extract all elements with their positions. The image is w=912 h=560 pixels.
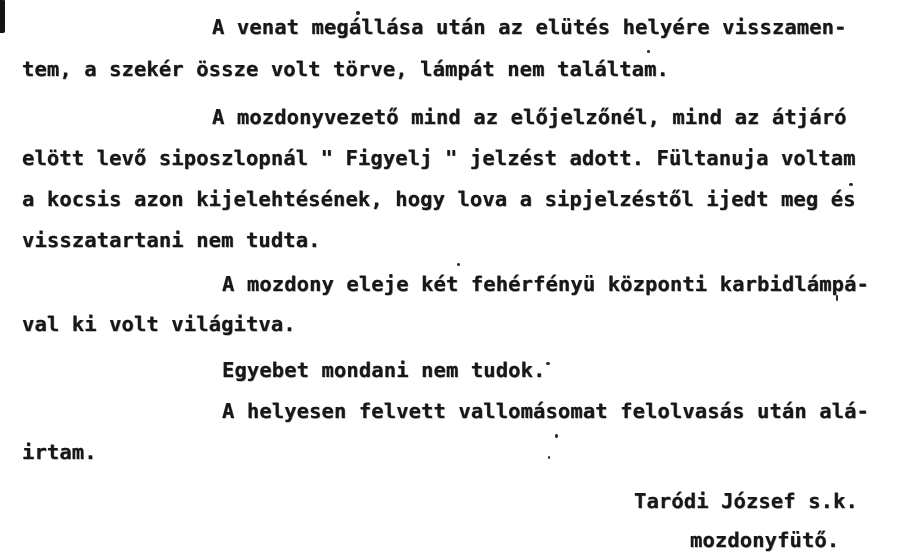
scan-speck	[356, 11, 360, 15]
body-line: val ki volt világitva.	[22, 312, 296, 336]
body-line: A mozdony eleje két fehérfényü központi …	[222, 272, 869, 296]
body-line: A mozdonyvezető mind az előjelzőnél, min…	[212, 105, 847, 129]
body-line: a kocsis azon kijelehtésének, hogy lova …	[22, 187, 856, 211]
body-line: tem, a szekér össze volt törve, lámpát n…	[22, 57, 669, 81]
body-line: Egyebet mondani nem tudok.	[222, 358, 546, 382]
scan-speck	[555, 434, 558, 438]
body-line: irtam.	[22, 440, 97, 464]
body-line: A venat megállása után az elütés helyére…	[212, 15, 847, 39]
body-line: elött levő siposzlopnál " Figyelj " jelz…	[22, 146, 856, 170]
scan-edge-artifact	[0, 0, 5, 33]
body-line: visszatartani nem tudta.	[22, 228, 321, 252]
signature-title: mozdonyfütő.	[690, 528, 839, 552]
body-line: A helyesen felvett vallomásomat felolvas…	[222, 399, 869, 423]
scan-speck	[849, 183, 853, 186]
scan-speck	[647, 50, 650, 53]
scan-speck	[836, 295, 838, 301]
scan-speck	[548, 456, 550, 459]
scan-speck	[457, 263, 460, 266]
signature-name: Taródi József s.k.	[634, 489, 858, 513]
scan-speck	[546, 362, 550, 365]
scanned-document-page: A venat megállása után az elütés helyére…	[0, 0, 912, 560]
